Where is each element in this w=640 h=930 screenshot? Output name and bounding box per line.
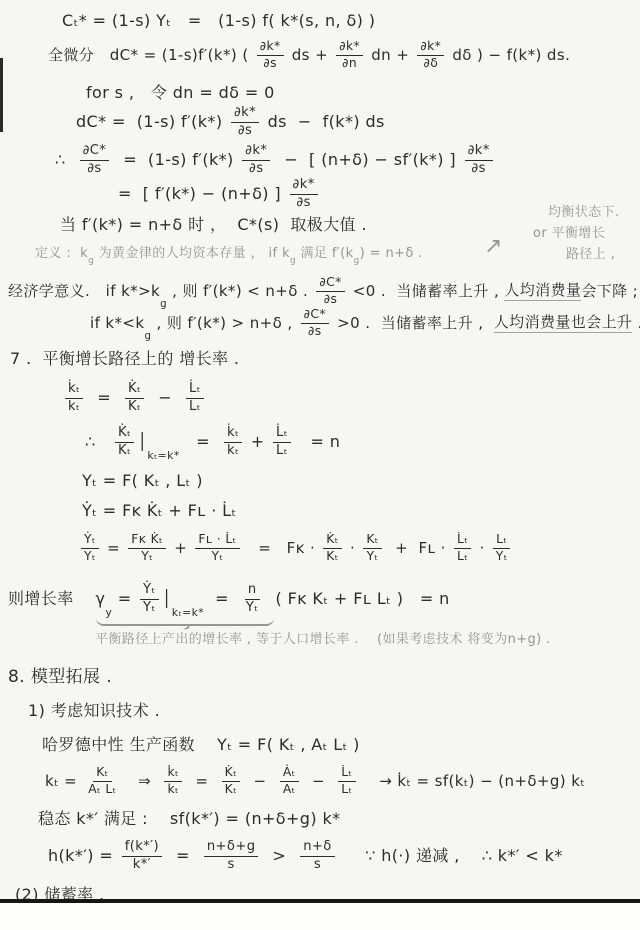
fraction: L̇ₜLₜ [338,766,355,797]
text-run: >0 . 当储蓄率上升 , [332,315,494,332]
text-run: 路径上 , [566,248,615,263]
text-run: │ [162,590,172,608]
text-run: = [102,540,125,557]
text-run: 1) 考虑知识技术 . [28,702,160,720]
text-run: 稳态 k*′ 满足 : sf(k*′) = (n+δ+g) k* [38,810,341,828]
fraction: ẎₜYₜ [81,533,99,564]
text-run: + Fʟ · [385,540,451,557]
fraction: ∂k*∂s [465,144,493,176]
text-run: 经济学意义. if k*>k [8,283,160,300]
subscript: kₜ=k* [147,450,179,463]
fraction: ∂k*∂s [257,40,284,71]
fraction: LₜYₜ [493,533,511,564]
text-run: 7 . 平衡增长路径上的 增长率 . [10,350,239,368]
fraction: ȦₜAₜ [280,766,299,797]
arrow-icon: ↗ [484,234,502,259]
text-run: − [ (n+δ) − sf′(k*) ] [273,151,461,169]
text-run: − [147,389,183,407]
page-edge-left [0,58,3,132]
text-run: → k̇ₜ = sf(kₜ) − (n+δ+g) kₜ [359,773,586,790]
text-run: 定义 : k [35,247,88,262]
fraction: L̇ₜLₜ [454,533,471,564]
text-run: kₜ = [45,773,82,790]
subscript: g [354,256,360,266]
text-run: , 则 f′(k*) > n+δ , [151,315,297,332]
handwritten-line: ∴ ∂C*∂s = (1-s) f′(k*) ∂k*∂s − [ (n+δ) −… [55,144,496,176]
subscript: g [88,256,94,266]
text-run: , 则 f′(k*) < n+δ . [167,283,313,300]
text-run: ∴ [55,151,77,169]
handwritten-line: 全微分 dC* = (1-s)f′(k*) ( ∂k*∂s ds + ∂k*∂n… [48,40,570,71]
fraction: KₜAₜ Lₜ [85,766,119,797]
notes-page: Cₜ* = (1-s) Yₜ = (1-s) f( k*(s, n, δ) )全… [0,0,640,930]
text-run: 8. 模型拓展 . [8,668,112,688]
text-run: > [261,847,297,865]
text-run: = [204,590,240,608]
handwritten-line: 平衡路径上产出的增长率 , 等于人口增长率 . (如果考虑技术 将变为n+g) … [95,633,551,648]
text-run: dn + [366,47,414,64]
fraction: K̇ₜKₜ [125,382,144,414]
handwritten-line: or 平衡增长 [533,227,605,242]
text-run: 人均消费量也会上升 [494,314,633,333]
fraction: ∂C*∂s [301,308,329,339]
handwritten-line: 8. 模型拓展 . [8,668,112,688]
text-run: = n [294,433,340,451]
text-run: if k*<k [90,315,144,332]
underbrace-annotation [96,616,274,626]
text-run: = Fᴋ · [243,540,321,557]
text-run: 平衡路径上产出的增长率 , 等于人口增长率 . (如果考虑技术 将变为n+g) … [95,633,551,648]
handwritten-line: Yₜ = F( Kₜ , Lₜ ) [82,472,203,490]
fraction: ∂k*∂s [290,178,318,210]
text-run: for s , 令 dn = dδ = 0 [86,84,275,102]
text-run: ⇒ [123,773,162,790]
text-run: − [302,773,336,790]
fraction: Fᴋ K̇ₜYₜ [128,533,166,564]
fraction: ∂C*∂s [80,144,110,176]
text-run: ∴ [85,433,112,451]
text-run: = (1-s) f′(k*) [112,151,239,169]
text-run: = [165,847,201,865]
text-run: Cₜ* = (1-s) Yₜ = (1-s) f( k*(s, n, δ) ) [62,12,375,30]
text-run: · [474,540,490,557]
text-run: ) = n+δ . [360,247,423,262]
text-run: . [632,315,640,332]
fraction: K̇ₜKₜ [115,426,134,458]
subscript: g [290,256,296,266]
handwritten-line: 经济学意义. if k*>kg , 则 f′(k*) < n+δ . ∂C*∂s… [8,276,638,307]
text-run: = [ f′(k*) − (n+δ) ] [118,185,287,203]
fraction: k̇ₜkₜ [164,766,182,797]
fraction: k̇ₜkₜ [65,382,83,414]
page-margin-below [0,903,640,930]
handwritten-line: if k*<kg , 则 f′(k*) > n+δ , ∂C*∂s >0 . 当… [90,308,640,339]
fraction: K̇ₜKₜ [323,533,342,564]
handwritten-line: 哈罗德中性 生产函数 Yₜ = F( Kₜ , Aₜ Lₜ ) [42,736,360,754]
text-run: + [245,433,270,451]
text-run: Yₜ = F( Kₜ , Lₜ ) [82,472,203,490]
fraction: ∂k*∂s [231,106,259,138]
text-run: = [86,389,122,407]
handwritten-line: 均衡状态下. [548,206,620,221]
text-run: 则增长率 γ [8,590,105,608]
handwritten-line: 稳态 k*′ 满足 : sf(k*′) = (n+δ+g) k* [38,810,341,828]
text-run: 哈罗德中性 生产函数 Yₜ = F( Kₜ , Aₜ Lₜ ) [42,736,360,754]
handwritten-line: 1) 考虑知识技术 . [28,702,160,720]
text-run: 会下降 ; [581,283,638,300]
text-run: · [345,540,361,557]
text-run: or 平衡增长 [533,227,605,242]
subscript: g [144,331,151,343]
handwritten-line: ẎₜYₜ = Fᴋ K̇ₜYₜ + Fʟ · L̇ₜYₜ = Fᴋ · K̇ₜK… [78,533,514,564]
fraction: K̇ₜKₜ [222,766,241,797]
handwritten-line: h(k*′) = f(k*′)k*′ = n+δ+gs > n+δs ∵ h(·… [48,840,563,872]
fraction: KₜYₜ [363,533,382,564]
text-run: − [243,773,277,790]
fraction: L̇ₜLₜ [273,426,291,458]
fraction: Fʟ · L̇ₜYₜ [195,533,239,564]
fraction: n+δs [300,840,335,872]
text-run: dδ ) − f(k*) ds. [447,47,570,64]
text-run: │ [137,433,147,451]
handwritten-line: kₜ = KₜAₜ Lₜ ⇒ k̇ₜkₜ = K̇ₜKₜ − ȦₜAₜ − L̇… [45,766,585,797]
handwritten-line: for s , 令 dn = dδ = 0 [86,84,275,102]
handwritten-line: k̇ₜkₜ = K̇ₜKₜ − L̇ₜLₜ [62,382,207,414]
text-run: + [169,540,192,557]
text-run: = [112,590,137,608]
handwritten-line: ∴ K̇ₜKₜ│kₜ=k* = k̇ₜkₜ + L̇ₜLₜ = n [85,426,340,458]
fraction: ẎₜYₜ [140,583,159,615]
text-run: 均衡状态下. [548,206,620,221]
handwritten-line: = [ f′(k*) − (n+δ) ] ∂k*∂s [118,178,321,210]
handwritten-line: 路径上 , [566,248,615,263]
fraction: ∂k*∂s [242,144,270,176]
text-run: dC* = (1-s) f′(k*) [76,113,228,131]
text-run: = [180,433,221,451]
text-run: 人均消费量 [504,282,581,301]
text-run: 满足 f′(k [296,247,354,262]
text-run: 为黄金律的人均资本存量 ， if k [94,247,290,262]
fraction: k̇ₜkₜ [224,426,242,458]
fraction: n+δ+gs [204,840,259,872]
text-run: h(k*′) = [48,847,119,865]
handwritten-line: 定义 : kg 为黄金律的人均资本存量 ， if kg 满足 f′(kg) = … [35,247,423,262]
handwritten-line: dC* = (1-s) f′(k*) ∂k*∂s ds − f(k*) ds [76,106,385,138]
text-run: ∵ h(·) 递减 , ∴ k*′ < k* [338,847,563,865]
handwritten-line: Ẏₜ = Fᴋ K̇ₜ + Fʟ · L̇ₜ [82,502,237,520]
fraction: ∂C*∂s [316,276,344,307]
fraction: ∂k*∂n [336,40,363,71]
handwritten-line: 当 f′(k*) = n+δ 时 ， C*(s) 取极大值 . [60,216,367,234]
text-run: 当 f′(k*) = n+δ 时 ， C*(s) 取极大值 . [60,216,367,234]
fraction: f(k*′)k*′ [122,840,162,872]
text-run: ( Fᴋ Kₜ + Fʟ Lₜ ) = n [265,590,450,608]
text-run: 全微分 dC* = (1-s)f′(k*) ( [48,47,254,64]
handwritten-line: 则增长率 γy = ẎₜYₜ│kₜ=k* = nYₜ ( Fᴋ Kₜ + Fʟ … [8,583,450,615]
text-run: <0 . 当储蓄率上升 , [348,283,505,300]
fraction: L̇ₜLₜ [186,382,204,414]
fraction: nYₜ [243,583,262,615]
text-run: = [185,773,219,790]
text-run: ds − f(k*) ds [262,113,385,131]
handwritten-line: 7 . 平衡增长路径上的 增长率 . [10,350,239,368]
text-run: Ẏₜ = Fᴋ K̇ₜ + Fʟ · L̇ₜ [82,502,237,520]
handwritten-line: Cₜ* = (1-s) Yₜ = (1-s) f( k*(s, n, δ) ) [62,12,375,30]
text-run: ds + [287,47,334,64]
fraction: ∂k*∂δ [417,40,444,71]
